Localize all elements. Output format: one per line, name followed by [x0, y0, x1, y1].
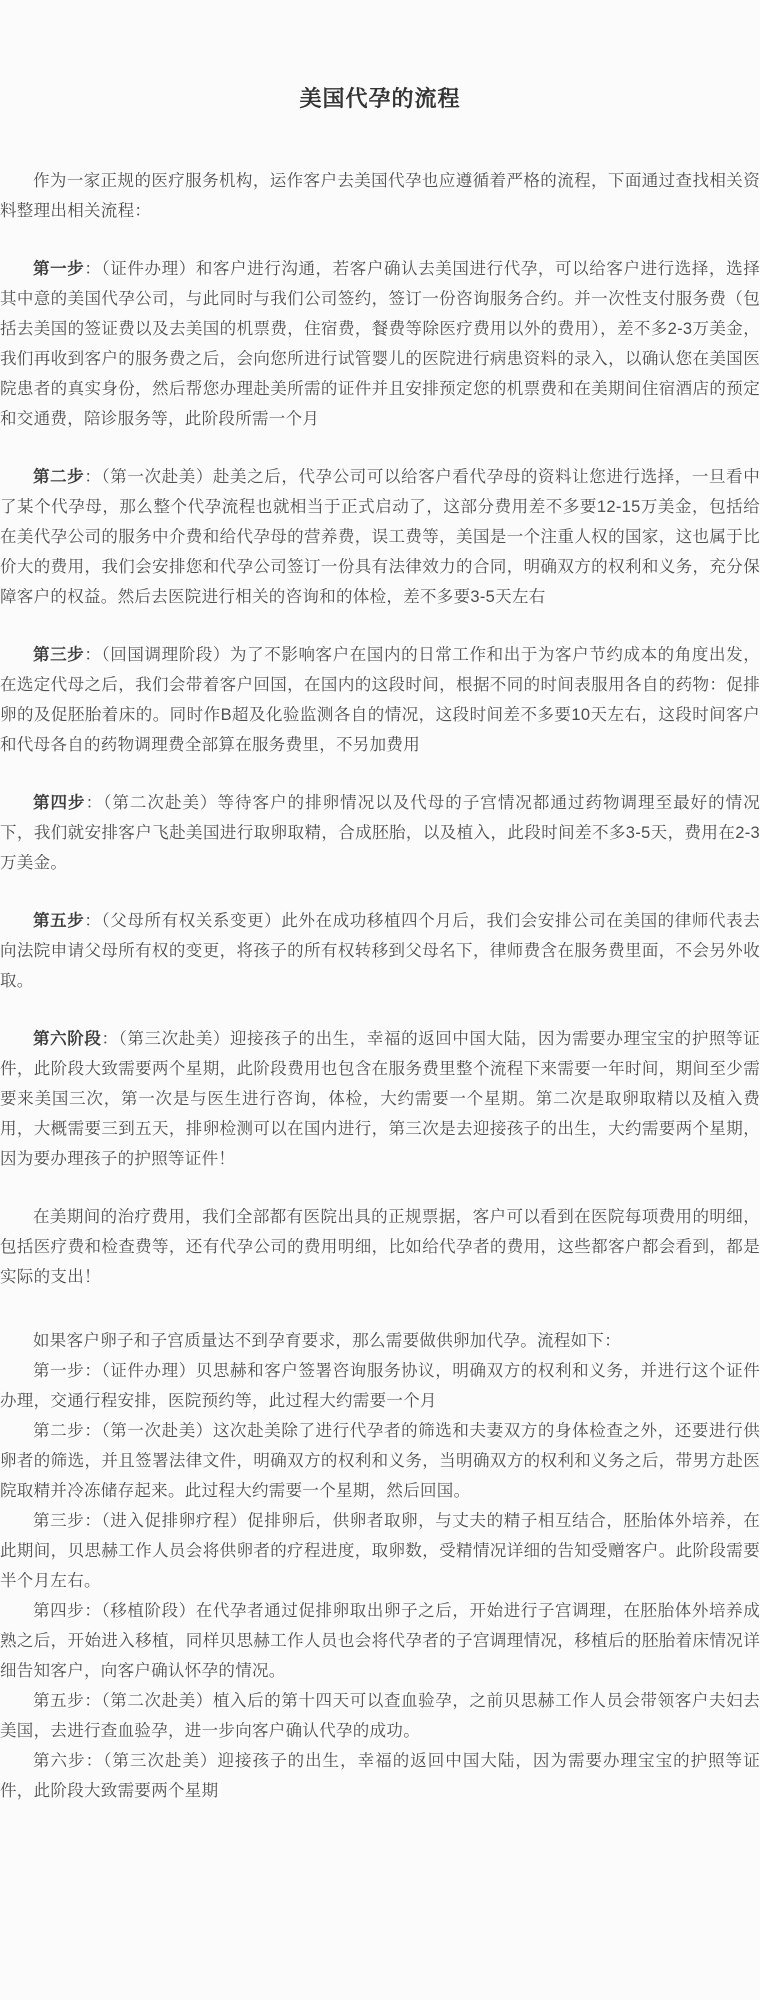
egg-donation-step-3: 第三步：（进入促排卵疗程）促排卵后，供卵者取卵，与丈夫的精子相互结合，胚胎体外培… — [0, 1506, 760, 1596]
step-2-text: ：（第一次赴美）赴美之后，代孕公司可以给客户看代孕母的资料让您进行选择，一旦看中… — [0, 468, 760, 606]
step-3-paragraph: 第三步：（回国调理阶段）为了不影响客户在国内的日常工作和出于为客户节约成本的角度… — [0, 640, 760, 760]
step-3-label: 第三步 — [33, 646, 84, 664]
intro-paragraph: 作为一家正规的医疗服务机构，运作客户去美国代孕也应遵循着严格的流程，下面通过查找… — [0, 166, 760, 226]
step-2-label: 第二步 — [33, 468, 84, 486]
step-1-text: ：（证件办理）和客户进行沟通，若客户确认去美国进行代孕，可以给客户进行选择，选择… — [0, 260, 760, 428]
egg-donation-step-4: 第四步：（移植阶段）在代孕者通过促排卵取出卵子之后，开始进行子宫调理，在胚胎体外… — [0, 1596, 760, 1686]
step-5-text: ：（父母所有权关系变更）此外在成功移植四个月后，我们会安排公司在美国的律师代表去… — [0, 912, 760, 990]
fees-note-paragraph: 在美期间的治疗费用，我们全部都有医院出具的正规票据，客户可以看到在医院每项费用的… — [0, 1202, 760, 1292]
egg-donation-intro-paragraph: 如果客户卵子和子宫质量达不到孕育要求，那么需要做供卵加代孕。流程如下： — [0, 1326, 760, 1356]
step-3-text: ：（回国调理阶段）为了不影响客户在国内的日常工作和出于为客户节约成本的角度出发，… — [0, 646, 760, 754]
step-6-paragraph: 第六阶段：（第三次赴美）迎接孩子的出生，幸福的返回中国大陆，因为需要办理宝宝的护… — [0, 1024, 760, 1174]
step-4-label: 第四步 — [33, 794, 86, 812]
step-6-label: 第六阶段 — [33, 1030, 101, 1048]
step-5-label: 第五步 — [33, 912, 84, 930]
page-title: 美国代孕的流程 — [0, 0, 760, 112]
egg-donation-step-1: 第一步：（证件办理）贝思赫和客户签署咨询服务协议，明确双方的权利和义务，并进行这… — [0, 1356, 760, 1416]
step-5-paragraph: 第五步：（父母所有权关系变更）此外在成功移植四个月后，我们会安排公司在美国的律师… — [0, 906, 760, 996]
step-4-paragraph: 第四步：（第二次赴美）等待客户的排卵情况以及代母的子宫情况都通过药物调理至最好的… — [0, 788, 760, 878]
article-document: 美国代孕的流程 作为一家正规的医疗服务机构，运作客户去美国代孕也应遵循着严格的流… — [0, 0, 760, 1806]
egg-donation-step-2: 第二步：（第一次赴美）这次赴美除了进行代孕者的筛选和夫妻双方的身体检查之外，还要… — [0, 1416, 760, 1506]
egg-donation-step-5: 第五步：（第二次赴美）植入后的第十四天可以查血验孕，之前贝思赫工作人员会带领客户… — [0, 1686, 760, 1746]
step-1-paragraph: 第一步：（证件办理）和客户进行沟通，若客户确认去美国进行代孕，可以给客户进行选择… — [0, 254, 760, 434]
step-1-label: 第一步 — [33, 260, 84, 278]
step-6-text: ：（第三次赴美）迎接孩子的出生，幸福的返回中国大陆，因为需要办理宝宝的护照等证件… — [0, 1030, 760, 1168]
step-2-paragraph: 第二步：（第一次赴美）赴美之后，代孕公司可以给客户看代孕母的资料让您进行选择，一… — [0, 462, 760, 612]
egg-donation-step-6: 第六步：（第三次赴美）迎接孩子的出生，幸福的返回中国大陆，因为需要办理宝宝的护照… — [0, 1746, 760, 1806]
step-4-text: ：（第二次赴美）等待客户的排卵情况以及代母的子宫情况都通过药物调理至最好的情况下… — [0, 794, 760, 872]
